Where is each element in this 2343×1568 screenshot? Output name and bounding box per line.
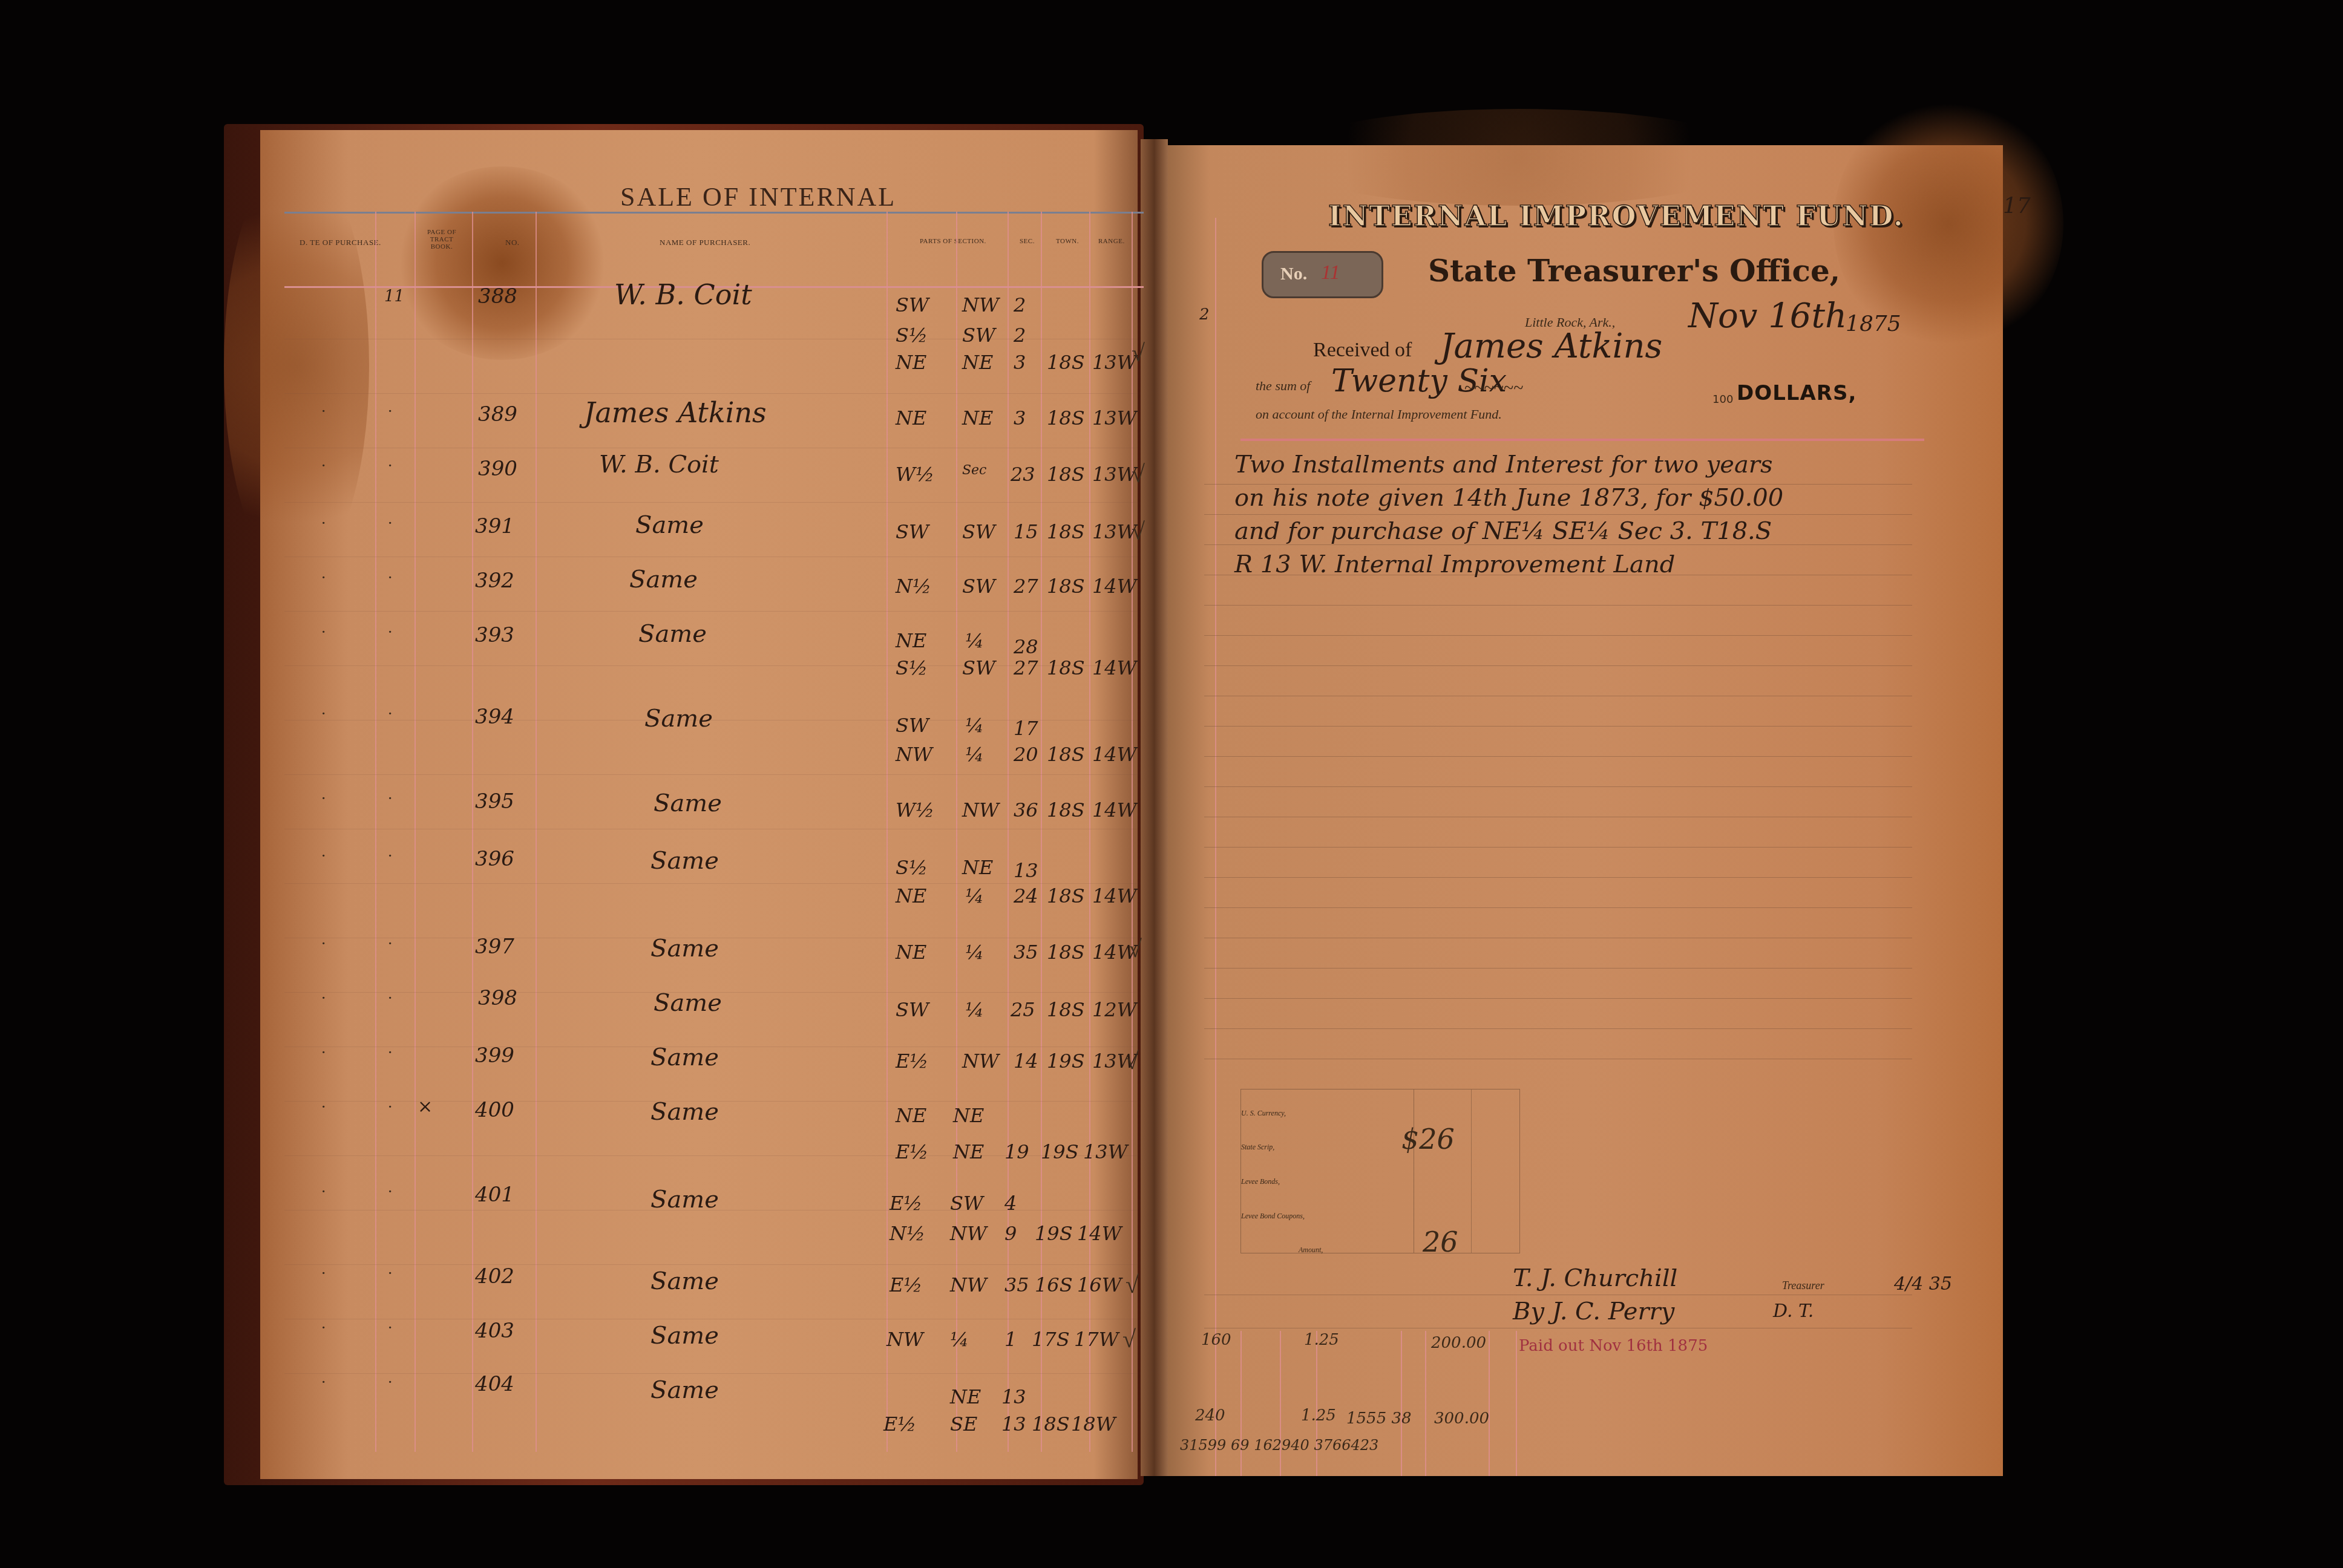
section: 27 [1014,575,1038,598]
section: 13 [1001,1413,1026,1436]
range: 18W [1071,1413,1116,1436]
column-header-row: D. TE OF PURCHASE. Page of Tract Book. N… [284,212,1144,288]
section: 36 [1014,799,1038,822]
part-of-section: NE [950,1385,981,1408]
part-of-section: E½ [896,1140,928,1163]
entry-number: 392 [475,569,514,593]
purchaser-name: W. B. Coit [599,451,719,479]
part-of-section: NW [962,799,999,822]
memo-line: Two Installments and Interest for two ye… [1234,451,1930,479]
account-label: on account of the Internal Improvement F… [1256,407,1502,422]
purchaser-name: Same [650,935,719,962]
part-of-section: NE [896,1104,926,1127]
purchaser-name: Same [650,1098,719,1126]
check-mark-icon: √ [1132,460,1145,488]
part-of-section: W½ [896,799,934,822]
column-rule [886,212,888,1452]
col-range: Range. [1098,238,1125,245]
col-town: Town. [1056,238,1079,245]
purchaser-name: Same [654,989,722,1017]
section: 2 [1014,293,1026,316]
margin-note: 11 [384,287,404,305]
township: 18S [1047,520,1085,543]
part-of-section: NE [896,407,926,430]
part-of-section: SW [962,520,995,543]
township: 18S [1047,743,1085,766]
entry-number: 388 [478,284,517,309]
township: 18S [1047,941,1085,964]
part-of-section: E½ [890,1273,922,1296]
part-of-section: W½ [896,463,934,486]
purchaser-name: Same [650,1322,719,1350]
township: 19S [1041,1140,1079,1163]
part-of-section: ¼ [965,714,984,737]
township: 18S [1032,1413,1070,1436]
township: 16S [1035,1273,1073,1296]
part-of-section: SW [962,656,995,679]
paid-out-note: Paid out Nov 16th 1875 [1519,1337,1708,1355]
entry-number: 394 [475,705,514,729]
part-of-section: ¼ [965,998,984,1021]
deputy-signature: By J. C. Perry [1513,1298,1674,1325]
entry-number: 393 [475,623,514,647]
water-stain [1277,109,1761,206]
range: 13W [1092,520,1137,543]
part-of-section: SW [950,1192,983,1215]
check-mark-icon: √ [1122,1325,1136,1353]
currency-label: U. S. Currency, [1241,1109,1286,1118]
township: 18S [1047,656,1085,679]
entry-number: 398 [478,986,517,1010]
part-of-section: SE [950,1413,977,1436]
part-of-section: NW [950,1273,987,1296]
part-of-section: SW [962,575,995,598]
col-parts-of-section: Parts of Section. [920,238,986,245]
range: 17W [1074,1328,1119,1351]
range: 13W [1092,463,1137,486]
part-of-section: NW [886,1328,923,1351]
entry-number: 391 [475,514,514,538]
section: 23 [1011,463,1035,486]
part-of-section: NW [962,293,999,316]
col-date-of-purchase: D. TE OF PURCHASE. [300,238,381,247]
entry-number: 402 [475,1264,514,1289]
entry-number: 399 [475,1044,514,1068]
purchaser-name: Same [650,847,719,875]
sum-label: the sum of [1256,378,1310,394]
memo-line: and for purchase of NE¼ SE¼ Sec 3. T18.S [1234,517,1930,545]
col-purchaser-name: NAME OF PURCHASER. [660,238,750,247]
part-of-section: S½ [896,856,928,879]
section: 3 [1014,407,1026,430]
section: 13 [1001,1385,1026,1408]
part-of-section: ¼ [950,1328,969,1351]
part-of-section: Sec [962,463,986,478]
purchaser-name: Same [650,1186,719,1214]
memo-line: on his note given 14th June 1873, for $5… [1234,484,1930,512]
township: 18S [1047,884,1085,907]
part-of-section: ¼ [965,629,984,652]
part-of-section: NW [950,1222,987,1245]
purchaser-name: Same [644,705,713,733]
margin-number: 2 [1199,305,1210,324]
township: 18S [1047,351,1085,374]
township: 18S [1047,575,1085,598]
entry-number: 395 [475,789,514,814]
entry-number: 400 [475,1098,514,1122]
part-of-section: S½ [896,324,928,347]
section: 24 [1014,884,1038,907]
section: 17 [1014,717,1038,740]
township: 19S [1047,1050,1085,1073]
page-number: 17 [2003,194,2031,218]
received-of-label: Received of [1313,339,1412,362]
entry-number: 397 [475,935,514,959]
part-of-section: NE [896,629,926,652]
office-heading: State Treasurer's Office, [1428,253,1840,289]
cross-mark-icon: × [418,1096,433,1117]
township: 18S [1047,407,1085,430]
part-of-section: NE [896,351,926,374]
township: 18S [1047,463,1085,486]
part-of-section: SW [896,520,929,543]
col-tract-book-page: Page of Tract Book. [421,229,463,250]
purchaser-name: Same [638,620,707,648]
payer-name: James Atkins [1440,327,1662,366]
section: 2 [1014,324,1026,347]
part-of-section: S½ [896,656,928,679]
column-rule [1041,212,1042,1452]
range: 14W [1077,1222,1122,1245]
currency-label: State Scrip, [1241,1143,1274,1152]
currency-label: Levee Bond Coupons, [1241,1212,1305,1221]
section: 35 [1004,1273,1029,1296]
totals-line: 31599 69 162940 3766423 [1180,1437,1378,1454]
range: 13W [1092,351,1137,374]
range: 14W [1092,884,1137,907]
receipt-date: Nov 16th [1688,296,1847,336]
part-of-section: NE [953,1104,984,1127]
part-of-section: NW [896,743,932,766]
column-rule [1089,212,1090,1452]
purchaser-name: Same [629,566,698,593]
treasurer-signature: T. J. Churchill [1513,1264,1677,1292]
range: 13W [1092,407,1137,430]
part-of-section: ¼ [965,884,984,907]
section: 28 [1014,635,1038,658]
part-of-section: N½ [896,575,931,598]
treasurer-title: Treasurer [1782,1279,1824,1292]
page-title: SALE OF INTERNAL [620,181,896,212]
check-mark-icon: √ [1132,339,1145,367]
entry-number: 390 [478,457,517,481]
receipt-number-plate: No. 11 [1262,251,1383,298]
purchaser-name: W. B. Coit [614,278,752,311]
check-mark-icon: √ [1129,935,1142,963]
check-mark-icon: √ [1126,1047,1139,1075]
range: 14W [1092,799,1137,822]
part-of-section: E½ [890,1192,922,1215]
column-rule [472,212,473,1452]
receipt-year: 1875 [1846,312,1901,336]
fund-title: INTERNAL IMPROVEMENT FUND. [1328,200,1904,232]
side-note: 4/4 35 [1894,1273,1952,1295]
part-of-section: NE [962,856,993,879]
part-of-section: NE [953,1140,984,1163]
currency-breakdown-table: U. S. Currency, State Scrip, $26 Levee B… [1240,1089,1520,1253]
section: 35 [1014,941,1038,964]
column-rule [956,212,957,1452]
section: 4 [1004,1192,1017,1215]
purchaser-name: Same [650,1267,719,1295]
part-of-section: NW [962,1050,999,1073]
section: 15 [1014,520,1038,543]
column-rule [536,212,537,1452]
currency-label: Levee Bonds, [1241,1177,1280,1186]
purchaser-name: Same [635,511,704,539]
part-of-section: NE [896,941,926,964]
entry-number: 389 [478,402,517,426]
section: 1 [1004,1328,1017,1351]
entry-number: 396 [475,847,514,871]
township: 18S [1047,998,1085,1021]
range: 14W [1092,656,1137,679]
section: 14 [1014,1050,1038,1073]
amount-total: 26 [1423,1226,1458,1258]
cents-fraction: 100 [1712,393,1733,406]
section: 27 [1014,656,1038,679]
part-of-section: SW [896,714,929,737]
purchaser-name: Same [650,1376,719,1404]
part-of-section: SW [896,998,929,1021]
column-rule [1008,212,1009,1452]
part-of-section: ¼ [965,743,984,766]
column-rule [1132,212,1133,1452]
part-of-section: NE [962,351,993,374]
part-of-section: N½ [890,1222,925,1245]
part-of-section: SW [896,293,929,316]
entry-number: 404 [475,1372,514,1396]
section: 13 [1014,859,1038,882]
township: 17S [1032,1328,1070,1351]
purchaser-name: James Atkins [584,396,767,429]
section: 25 [1011,998,1035,1021]
purchaser-name: Same [654,789,722,817]
currency-value: $26 [1401,1123,1455,1155]
range: 14W [1092,743,1137,766]
range: 13W [1083,1140,1128,1163]
part-of-section: NE [896,884,926,907]
dollars-label: DOLLARS, [1737,381,1856,405]
memo-line: R 13 W. Internal Improvement Land [1234,550,1930,578]
column-rule [415,212,416,1452]
section: 9 [1004,1222,1017,1245]
column-rule [375,212,376,1452]
purchaser-name: Same [650,1044,719,1071]
part-of-section: ¼ [965,941,984,964]
township: 18S [1047,799,1085,822]
check-mark-icon: √ [1126,1270,1139,1299]
deputy-title: D. T. [1773,1301,1814,1322]
divider [1240,439,1924,441]
check-mark-icon: √ [1132,517,1145,546]
range: 14W [1092,575,1137,598]
col-sec: Sec. [1020,238,1035,245]
section: 20 [1014,743,1038,766]
part-of-section: E½ [883,1413,916,1436]
range: 16W [1077,1273,1122,1296]
col-no: No. [505,238,520,247]
range: 12W [1092,998,1137,1021]
township: 19S [1035,1222,1073,1245]
section: 19 [1004,1140,1029,1163]
part-of-section: NE [962,407,993,430]
part-of-section: E½ [896,1050,928,1073]
part-of-section: SW [962,324,995,347]
entry-number: 403 [475,1319,514,1343]
currency-label: Amount, [1299,1246,1323,1255]
section: 3 [1014,351,1026,374]
receipt-number: 11 [1321,261,1340,284]
entry-number: 401 [475,1183,514,1207]
